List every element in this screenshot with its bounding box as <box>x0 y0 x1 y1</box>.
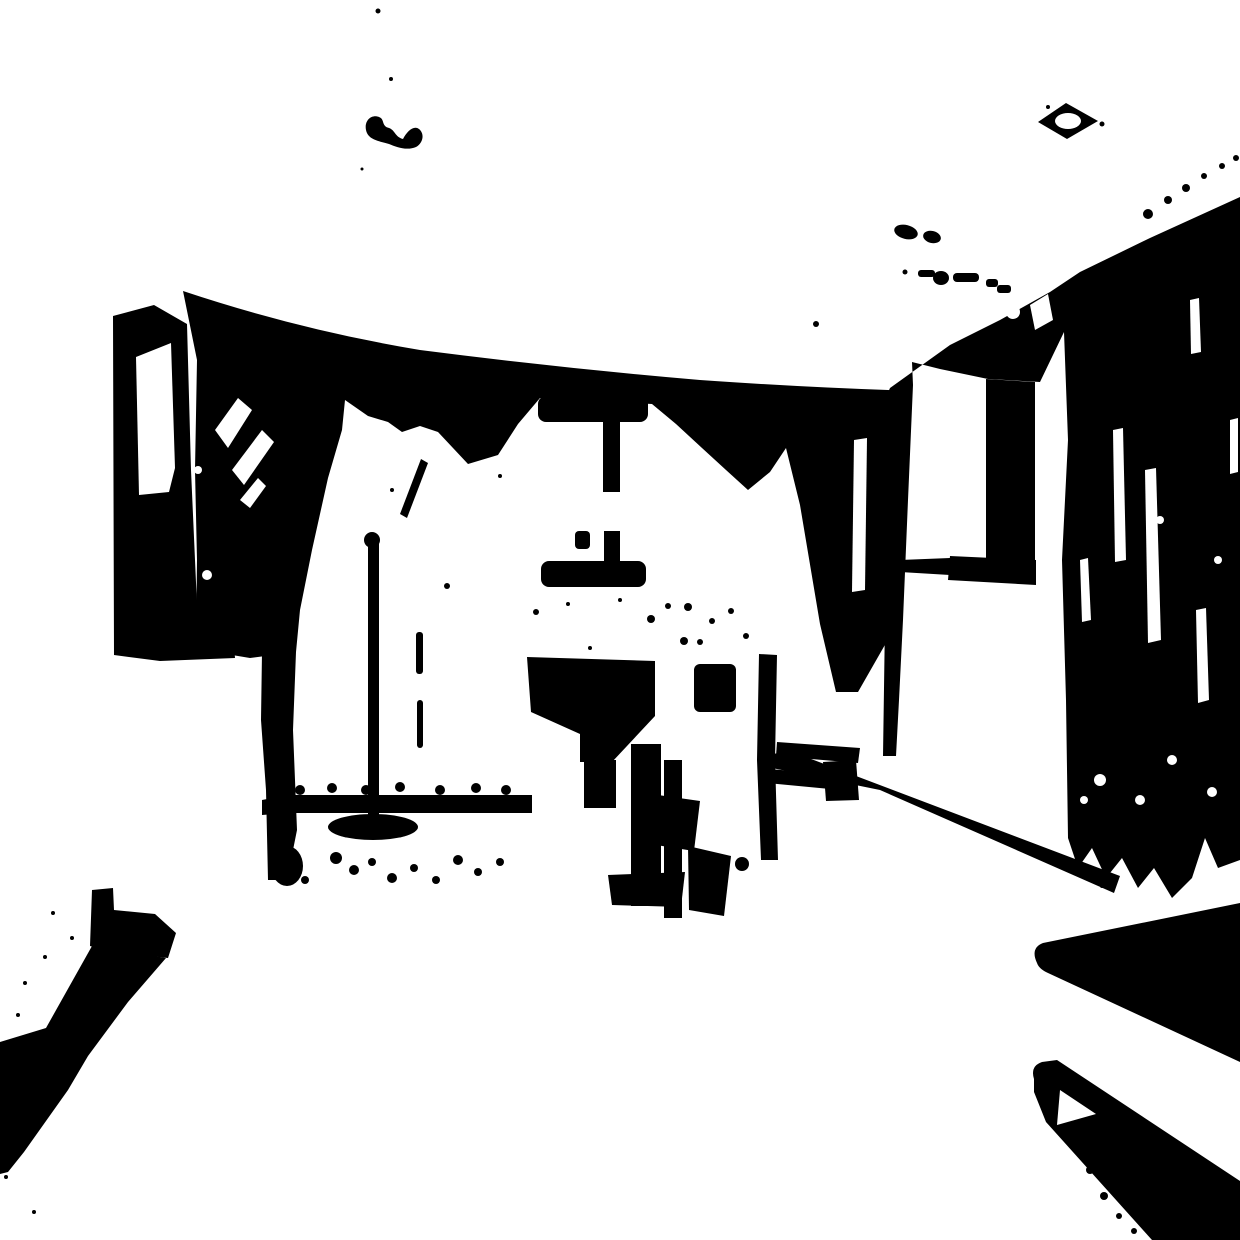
right-window-right-strip <box>1037 384 1061 564</box>
floor-lamp-pole <box>368 540 379 820</box>
right-window-sill <box>948 556 1036 585</box>
table-leg-a <box>584 760 616 808</box>
mirror-glass <box>136 343 175 495</box>
right-window-mullion <box>986 379 1035 562</box>
chair-back-panel <box>694 664 736 712</box>
room-scene-svg <box>0 0 1240 1240</box>
binarized-room-photo <box>0 0 1240 1240</box>
floor-lamp-base <box>328 814 418 840</box>
table-foot <box>608 872 685 907</box>
right-window-left-pane <box>915 370 984 560</box>
